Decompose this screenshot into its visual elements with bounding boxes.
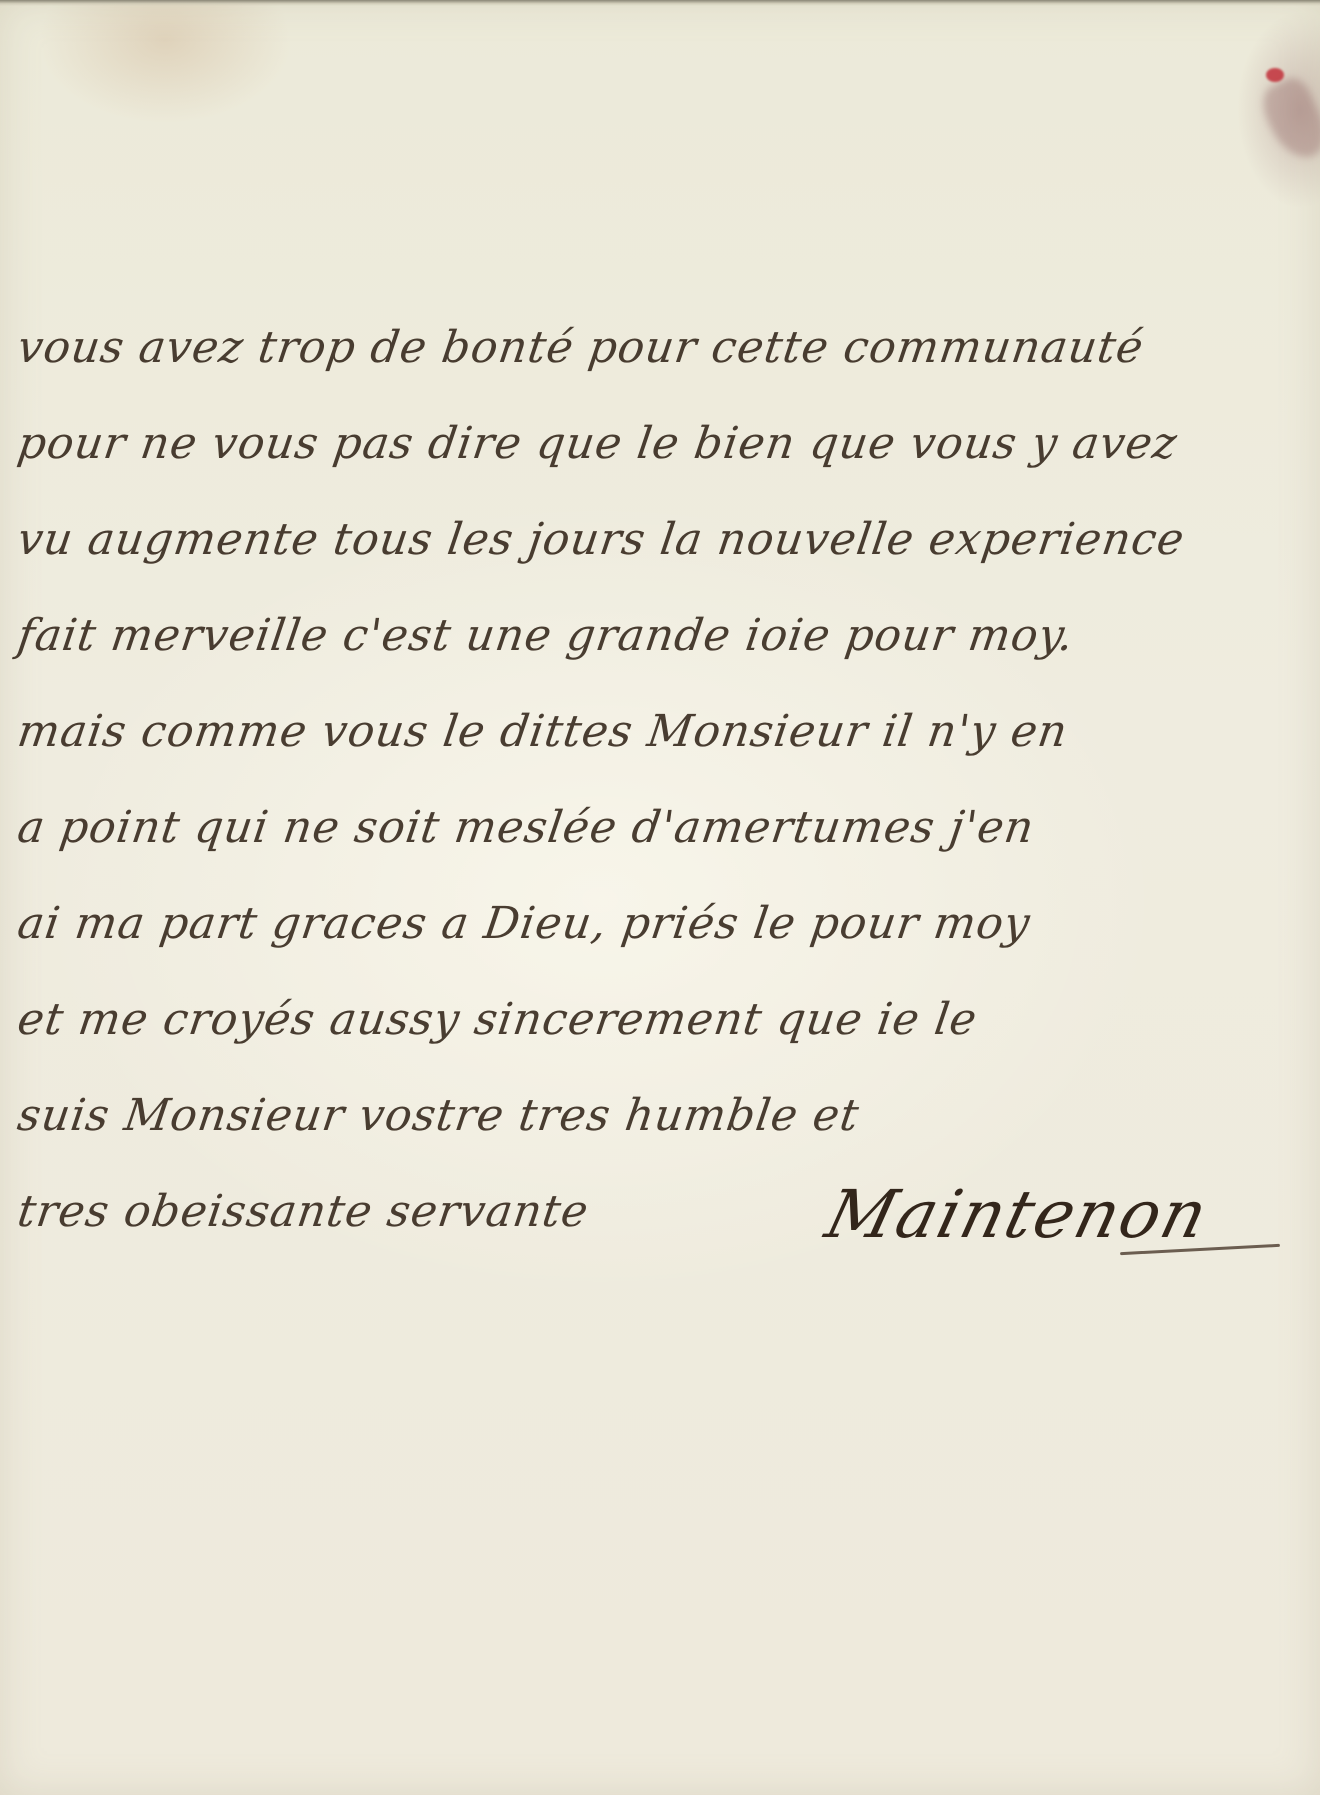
- red-wax-trace: [1266, 68, 1284, 82]
- letter-body: vous avez trop de bonté pour cette commu…: [18, 300, 1308, 1274]
- letter-line-8: et me croyés aussy sincerement que ie le: [11, 972, 1314, 1068]
- letter-line-1: vous avez trop de bonté pour cette commu…: [11, 300, 1314, 396]
- letter-line-2: pour ne vous pas dire que le bien que vo…: [11, 396, 1314, 492]
- closing-row: tres obeissante servante Maintenon: [18, 1164, 1308, 1274]
- letter-page: vous avez trop de bonté pour cette commu…: [0, 0, 1320, 1795]
- letter-line-6: a point qui ne soit meslée d'amertumes j…: [11, 780, 1314, 876]
- signature: Maintenon: [814, 1160, 1220, 1270]
- seal-stain: [1255, 73, 1320, 167]
- letter-line-3: vu augmente tous les jours la nouvelle e…: [11, 492, 1314, 588]
- letter-line-4: fait merveille c'est une grande ioie pou…: [11, 588, 1314, 684]
- closing-formula: tres obeissante servante: [11, 1164, 595, 1260]
- letter-line-9: suis Monsieur vostre tres humble et: [11, 1068, 1314, 1164]
- paper-top-edge: [0, 0, 1320, 6]
- letter-line-7: ai ma part graces a Dieu, priés le pour …: [11, 876, 1314, 972]
- letter-line-5: mais comme vous le dittes Monsieur il n'…: [11, 684, 1314, 780]
